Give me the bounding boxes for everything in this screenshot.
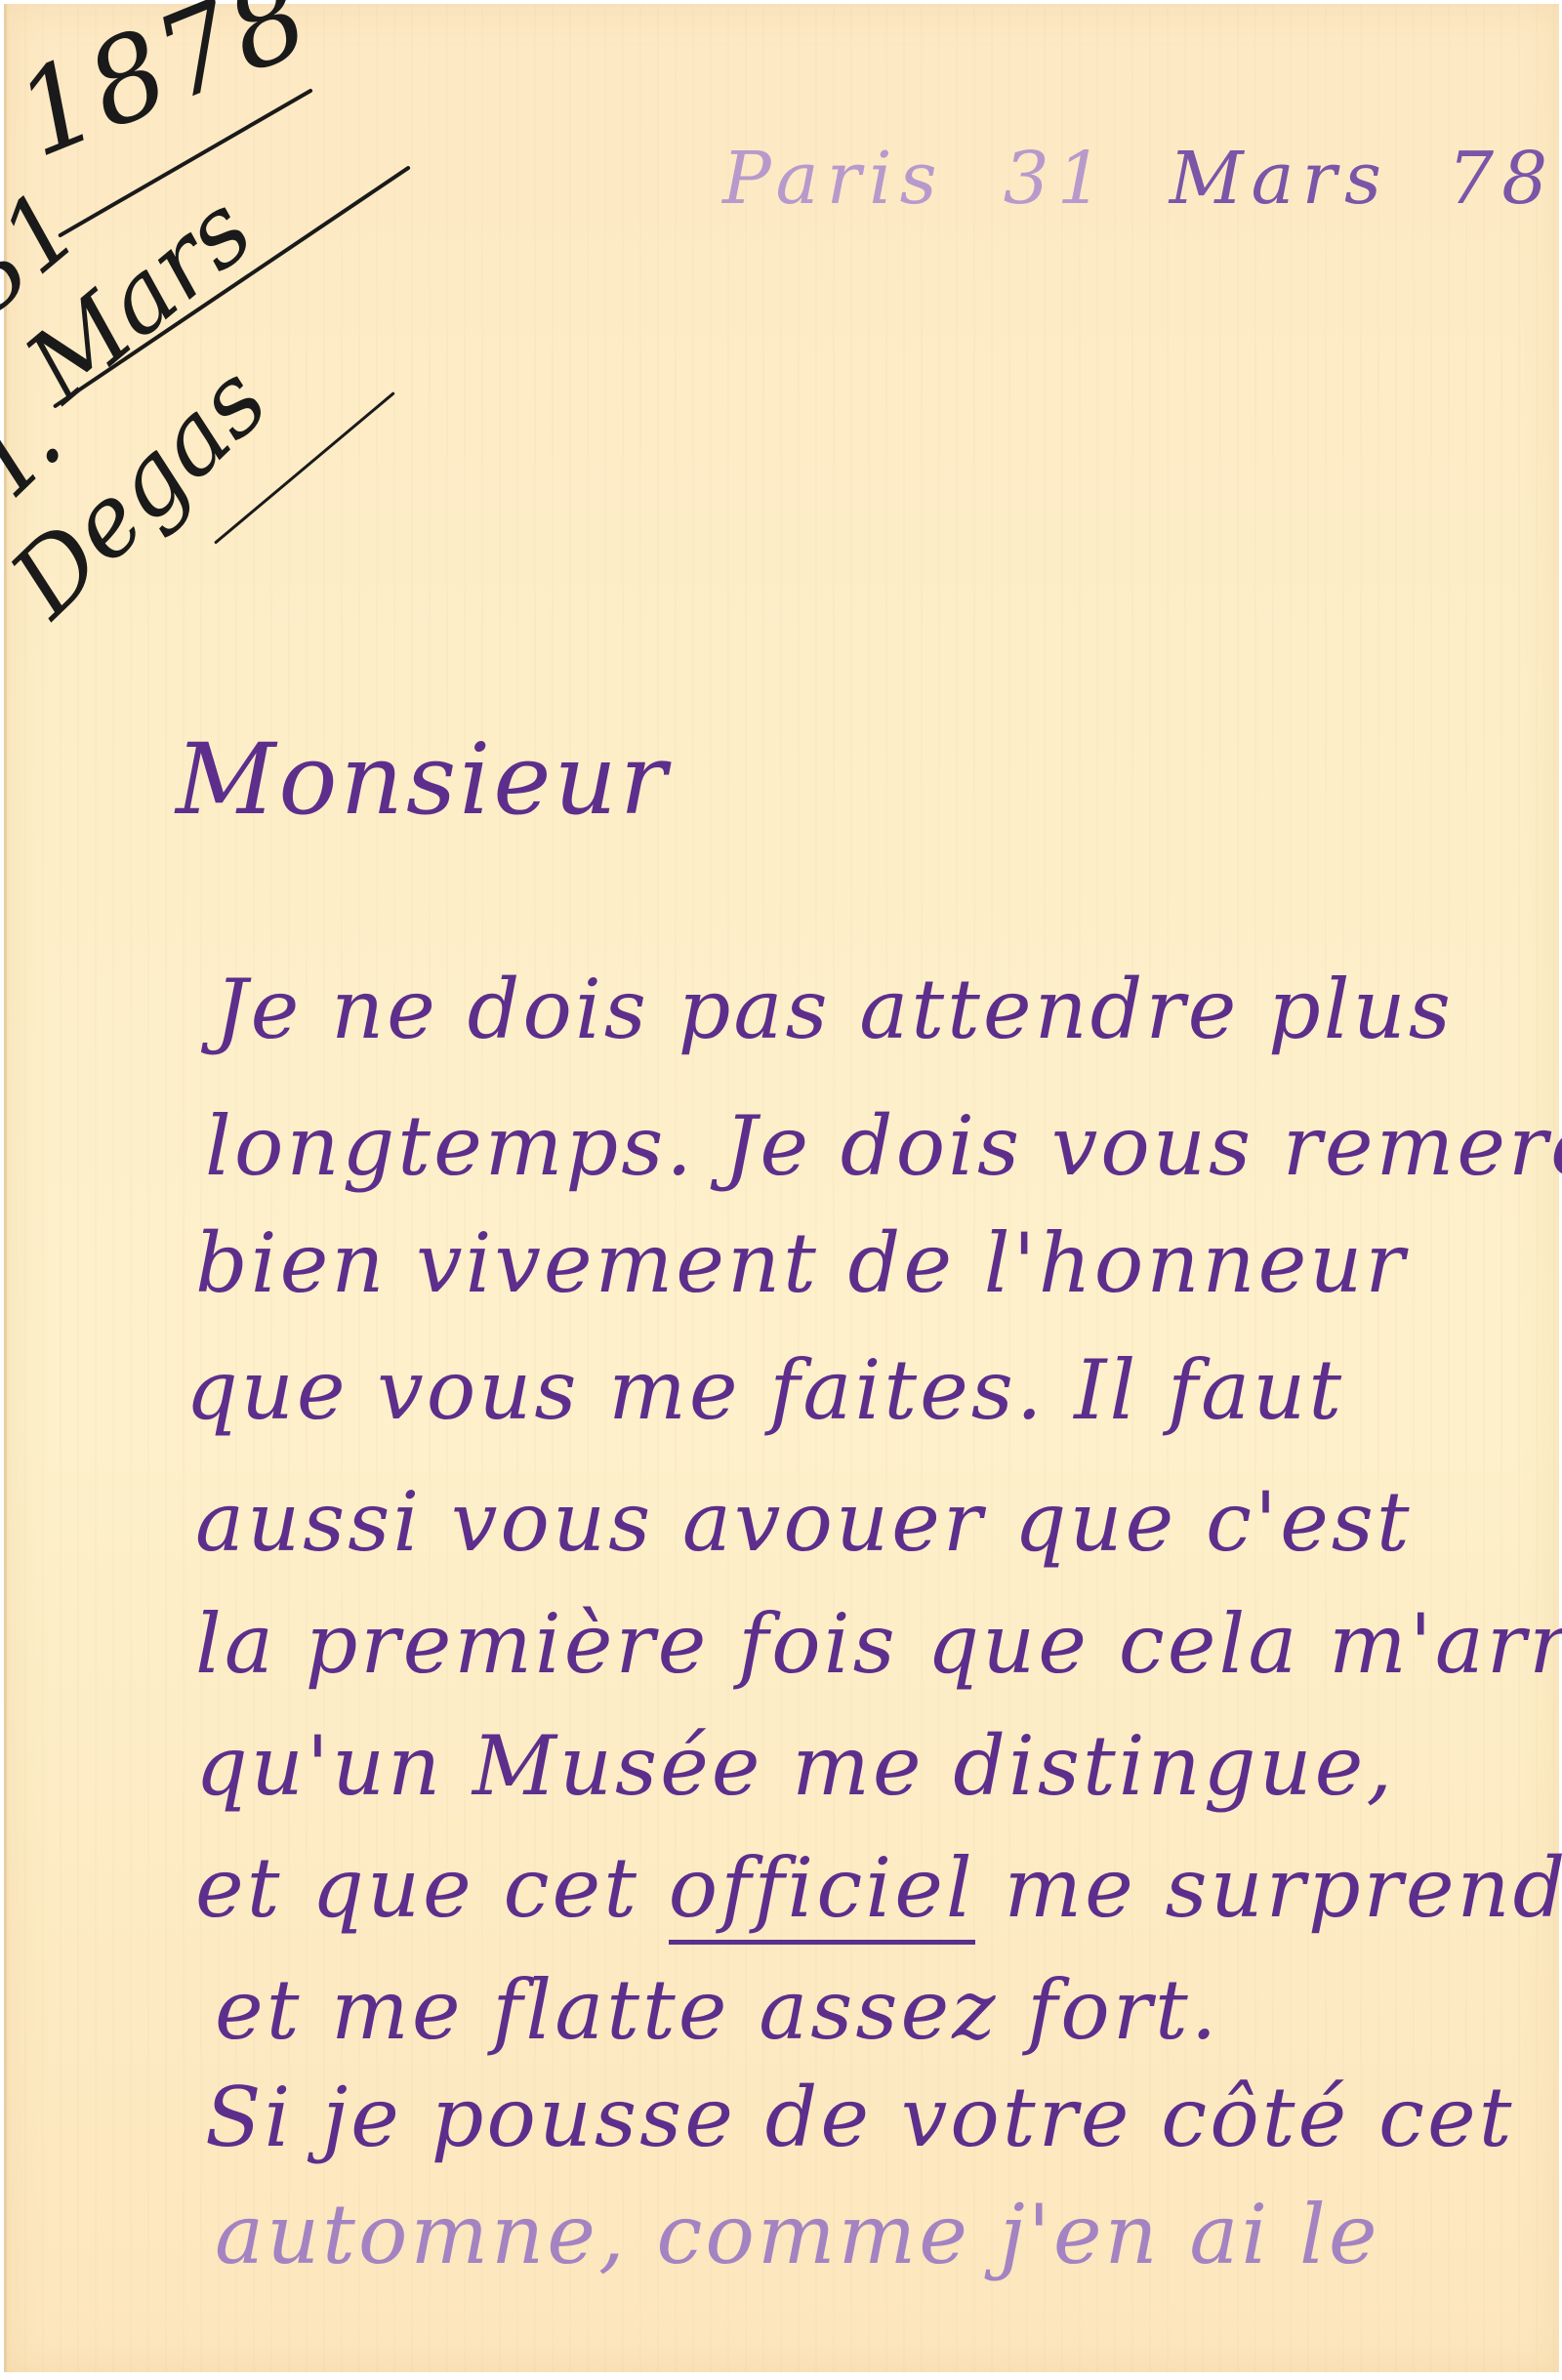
body-line: Je ne dois pas attendre plus xyxy=(215,962,1454,1057)
body-line: bien vivement de l'honneur xyxy=(195,1215,1408,1311)
body-line: automne, comme j'en ai le xyxy=(215,2187,1380,2282)
underlined-word: officiel xyxy=(669,1840,975,1945)
salutation: Monsieur xyxy=(176,722,670,837)
body-line: la première fois que cela m'arrive xyxy=(195,1596,1562,1692)
body-line: et que cet officiel me surprend xyxy=(195,1840,1562,1936)
letter-body: Monsieur Je ne dois pas attendre plus lo… xyxy=(0,0,1562,2380)
body-line: qu'un Musée me distingue, xyxy=(195,1718,1395,1814)
body-line-text: et que cet xyxy=(195,1840,669,1936)
body-line: aussi vous avouer que c'est xyxy=(195,1474,1413,1570)
body-line: Si je pousse de votre côté cet xyxy=(205,2070,1514,2165)
body-line: et me flatte assez fort. xyxy=(215,1962,1219,2058)
body-line-text: me surprend xyxy=(975,1840,1562,1936)
body-line: longtemps. Je dois vous remercier xyxy=(205,1098,1562,1194)
body-line: que vous me faites. Il faut xyxy=(185,1342,1344,1438)
